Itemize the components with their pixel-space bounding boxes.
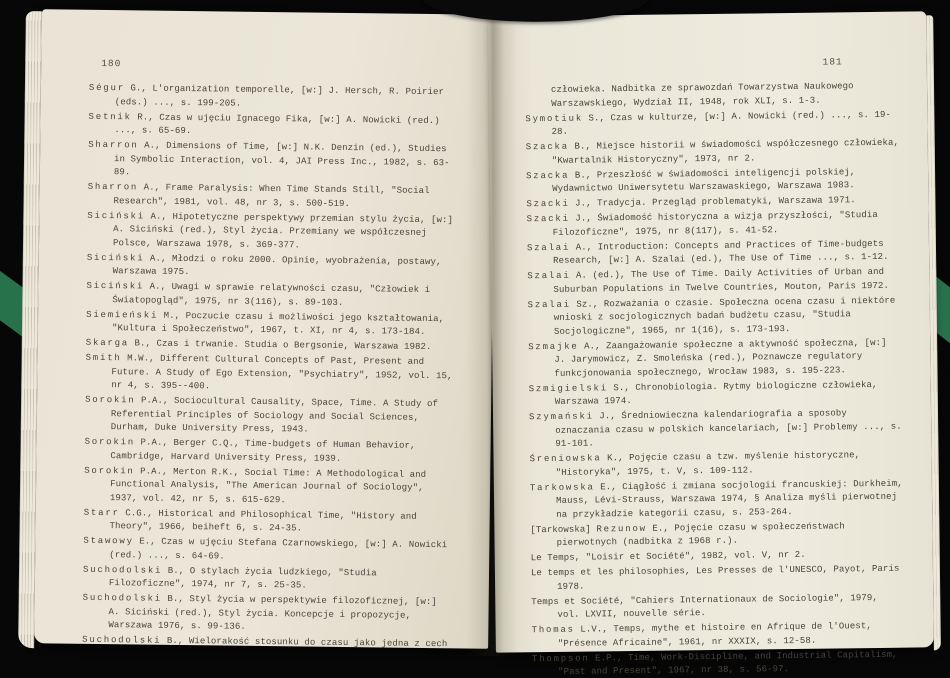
bibliography-entry: Thomas L.V., Temps, mythe et histoire en… [532, 620, 906, 652]
bibliography-entry: Temps et Société, "Cahiers Internationau… [531, 591, 905, 623]
bibliography-entry: Sharron A., Frame Paralysis: When Time S… [87, 181, 457, 213]
entry-text: człowieka. Nadbitka ze sprawozdań Towarz… [551, 81, 854, 108]
entry-author: Szalai [527, 242, 570, 253]
entry-author: Sorokin [84, 465, 135, 476]
entry-text: B., Miejsce historii w świadomości współ… [552, 138, 899, 166]
entry-text: B., Czas i trwanie. Studia o Bergsonie, … [129, 338, 432, 352]
entry-text: E., Czas w ujęciu Stefana Czarnowskiego,… [109, 536, 447, 561]
bibliography-entry: Szmajke A., Zaangażowanie społeczne a ak… [528, 336, 902, 381]
entry-text: K., Pojęcie czasu a tzw. myślenie histor… [556, 450, 860, 477]
entry-author: Szymański [529, 411, 594, 422]
bibliography-entry: [Tarkowska] Rezunow E., Pojęcie czasu w … [530, 519, 904, 551]
bibliography-entry: Siemieński M., Poczucie czasu i możliwoś… [86, 308, 456, 340]
bibliography-list-left: Ségur G., L'organization temporelle, [w:… [82, 82, 459, 652]
entry-text: M., Poczucie czasu i możliwości jego ksz… [112, 310, 444, 337]
entry-text: B., Przeszłość w świadomości inteligencj… [552, 167, 855, 194]
entry-author: Smith [86, 353, 122, 363]
entry-author: Sharron [88, 182, 139, 193]
entry-author: Suchodolski [83, 564, 162, 575]
page-left: 180 Ségur G., L'organization temporelle,… [34, 9, 496, 648]
entry-author: Szmigielski [529, 383, 608, 394]
entry-text: M.W., Different Cultural Concepts of Pas… [111, 353, 452, 391]
entry-text: A., Introduction: Concepts and Practices… [553, 238, 889, 266]
entry-text: Le Temps, "Loisir et Société", 1982, vol… [531, 550, 806, 563]
entry-text: Le temps et les philosophies, Les Presse… [531, 564, 900, 592]
entry-text: Temps et Société, "Cahiers Internationau… [531, 592, 878, 619]
entry-author: Setnik [89, 111, 132, 122]
entry-text: P.A., Sociocultural Causality, Space, Ti… [111, 395, 438, 434]
bibliography-list-right: człowieka. Nadbitka ze sprawozdań Towarz… [525, 80, 906, 678]
entry-text: J., Świadomość historyczna a wizja przys… [553, 210, 878, 237]
bibliography-entry: Sorokin P.A., Merton R.K., Social Time: … [84, 464, 454, 509]
bibliography-entry: Siciński A., Młodzi o roku 2000. Opinie,… [87, 251, 457, 283]
bibliography-entry: Tarkowska E., Ciągłość i zmiana socjolog… [530, 477, 904, 522]
entry-author: Sharron [88, 140, 139, 151]
entry-author: Szacka [526, 142, 569, 153]
entry-text: E.P., Time, Work-Discipline, and Industr… [558, 649, 898, 677]
entry-text: A. (ed.), The Use of Time. Daily Activit… [553, 267, 889, 295]
entry-text: C.G., Historical and Philosophical Time,… [110, 508, 417, 534]
bibliography-entry: Siciński A., Hipotetyczne perspektywy pr… [87, 209, 457, 254]
entry-author: Siemieński [86, 309, 158, 320]
page-number-right: 181 [525, 56, 843, 71]
bibliography-entry: Thompson E.P., Time, Work-Discipline, an… [532, 648, 906, 678]
entry-author: Sorokin [85, 437, 136, 448]
entry-text: P.A., Merton R.K., Social Time: A Method… [110, 466, 426, 505]
bibliography-entry: Le temps et les philosophies, Les Presse… [531, 563, 905, 595]
bibliography-entry: Szymański J., Średniowieczna kalendariog… [529, 407, 903, 452]
entry-author: Tarkowska [530, 482, 595, 493]
book-scan: 180 Ségur G., L'organization temporelle,… [0, 0, 950, 678]
entry-author: Rezunow [596, 523, 647, 534]
entry-text: P.A., Berger C.Q., Time-budgets of Human… [110, 437, 415, 463]
bibliography-entry: Szacka B., Przeszłość w świadomości inte… [526, 165, 900, 197]
bibliography-entry: Stawowy E., Czas w ujęciu Stefana Czarno… [83, 535, 453, 567]
entry-author: Symotiuk [525, 113, 583, 124]
bibliography-entry: Szacka B., Miejsce historii w świadomośc… [526, 137, 900, 169]
entry-text: A., Uwagi w sprawie relatywności czasu, … [112, 282, 430, 308]
bibliography-entry: Szalai Sz., Rozważania o czasie. Społecz… [528, 294, 902, 339]
bibliography-entry: Śreniowska K., Pojęcie czasu a tzw. myśl… [529, 449, 903, 481]
entry-prefix: [Tarkowska] [530, 524, 596, 535]
entry-text: S., Czas w kulturze, [w:] A. Nowicki (re… [551, 109, 891, 137]
entry-author: Siciński [87, 210, 145, 221]
entry-author: Starr [84, 507, 120, 517]
entry-author: Thomas [532, 625, 575, 636]
entry-text: A., Młodzi o roku 2000. Opinie, wyobraże… [113, 253, 442, 277]
bibliography-entry: Ségur G., L'organization temporelle, [w:… [89, 82, 459, 114]
page-right-content: 181 człowieka. Nadbitka ze sprawozdań To… [488, 11, 934, 652]
entry-text: A., Hipotetyczne perspektywy przemian st… [113, 211, 453, 250]
entry-author: Ségur [89, 83, 125, 93]
entry-author: Thompson [532, 653, 590, 664]
page-number-left: 180 [101, 58, 459, 73]
entry-text: R., Czas w ujęciu Ignacego Fika, [w:] A.… [114, 112, 440, 136]
entry-text: E., Ciągłość i zmiana socjologii francus… [556, 478, 903, 519]
bibliography-entry: Symotiuk S., Czas w kulturze, [w:] A. No… [525, 108, 899, 140]
page-left-content: 180 Ségur G., L'organization temporelle,… [34, 9, 496, 648]
bibliography-entry: człowieka. Nadbitka ze sprawozdań Towarz… [525, 80, 899, 112]
bibliography-entry: Szalai A., Introduction: Concepts and Pr… [527, 237, 901, 269]
entry-text: A., Frame Paralysis: When Time Stands St… [113, 182, 429, 208]
entry-author: Szmajke [528, 341, 579, 352]
entry-text: Sz., Rozważania o czasie. Społeczna ocen… [554, 295, 896, 336]
bibliography-entry: Szalai A. (ed.), The Use of Time. Daily … [527, 266, 901, 298]
bibliography-entry: Sorokin P.A., Sociocultural Causality, S… [85, 394, 455, 439]
entry-text: A., Zaangażowanie społeczne a aktywność … [554, 337, 886, 378]
entry-text: J., Tradycja. Przegląd problematyki, War… [570, 195, 856, 208]
bibliography-entry: Suchodolski B., Styl życia w perspektywi… [82, 592, 452, 637]
entry-text: G., L'organization temporelle, [w:] J. H… [115, 83, 444, 108]
entry-author: Śreniowska [529, 453, 601, 464]
entry-author: Suchodolski [83, 593, 162, 604]
bibliography-entry: Szmigielski S., Chronobiologia. Rytmy bi… [529, 378, 903, 410]
bibliography-entry: Sorokin P.A., Berger C.Q., Time-budgets … [84, 436, 454, 468]
entry-author: Skarga [86, 338, 129, 349]
entry-text: A., Dimensions of Time, [w:] N.K. Denzin… [114, 140, 450, 177]
bibliography-entry: Sharron A., Dimensions of Time, [w:] N.K… [88, 139, 458, 184]
bibliography-entry: Setnik R., Czas w ujęciu Ignacego Fika, … [88, 110, 458, 142]
entry-text: J., Średniowieczna kalendariografia a sp… [555, 408, 902, 449]
entry-author: Siciński [86, 281, 144, 292]
entry-author: Szacki [527, 214, 570, 225]
bibliography-entry: Szacki J., Świadomość historyczna a wizj… [527, 209, 901, 241]
entry-author: Szacka [526, 170, 569, 181]
entry-author: Szalai [528, 299, 571, 310]
bibliography-entry: Suchodolski B., O stylach życia ludzkieg… [83, 563, 453, 595]
bibliography-entry: Smith M.W., Different Cultural Concepts … [85, 352, 455, 397]
entry-text: B., Wielorakość stosunku do czasu jako j… [161, 636, 447, 649]
bibliography-entry: Siciński A., Uwagi w sprawie relatywnośc… [86, 280, 456, 312]
entry-author: Sorokin [85, 395, 136, 406]
entry-author: Szacki [526, 199, 569, 210]
entry-author: Siciński [87, 252, 145, 263]
page-right: 181 człowieka. Nadbitka ze sprawozdań To… [488, 11, 934, 652]
bibliography-entry: Suchodolski B., Wielorakość stosunku do … [82, 634, 452, 652]
bibliography-entry: Starr C.G., Historical and Philosophical… [83, 506, 453, 538]
entry-author: Suchodolski [82, 635, 161, 646]
entry-author: Stawowy [83, 536, 134, 547]
entry-text: L.V., Temps, mythe et histoire en Afriqu… [558, 621, 872, 648]
entry-author: Szalai [527, 271, 570, 282]
